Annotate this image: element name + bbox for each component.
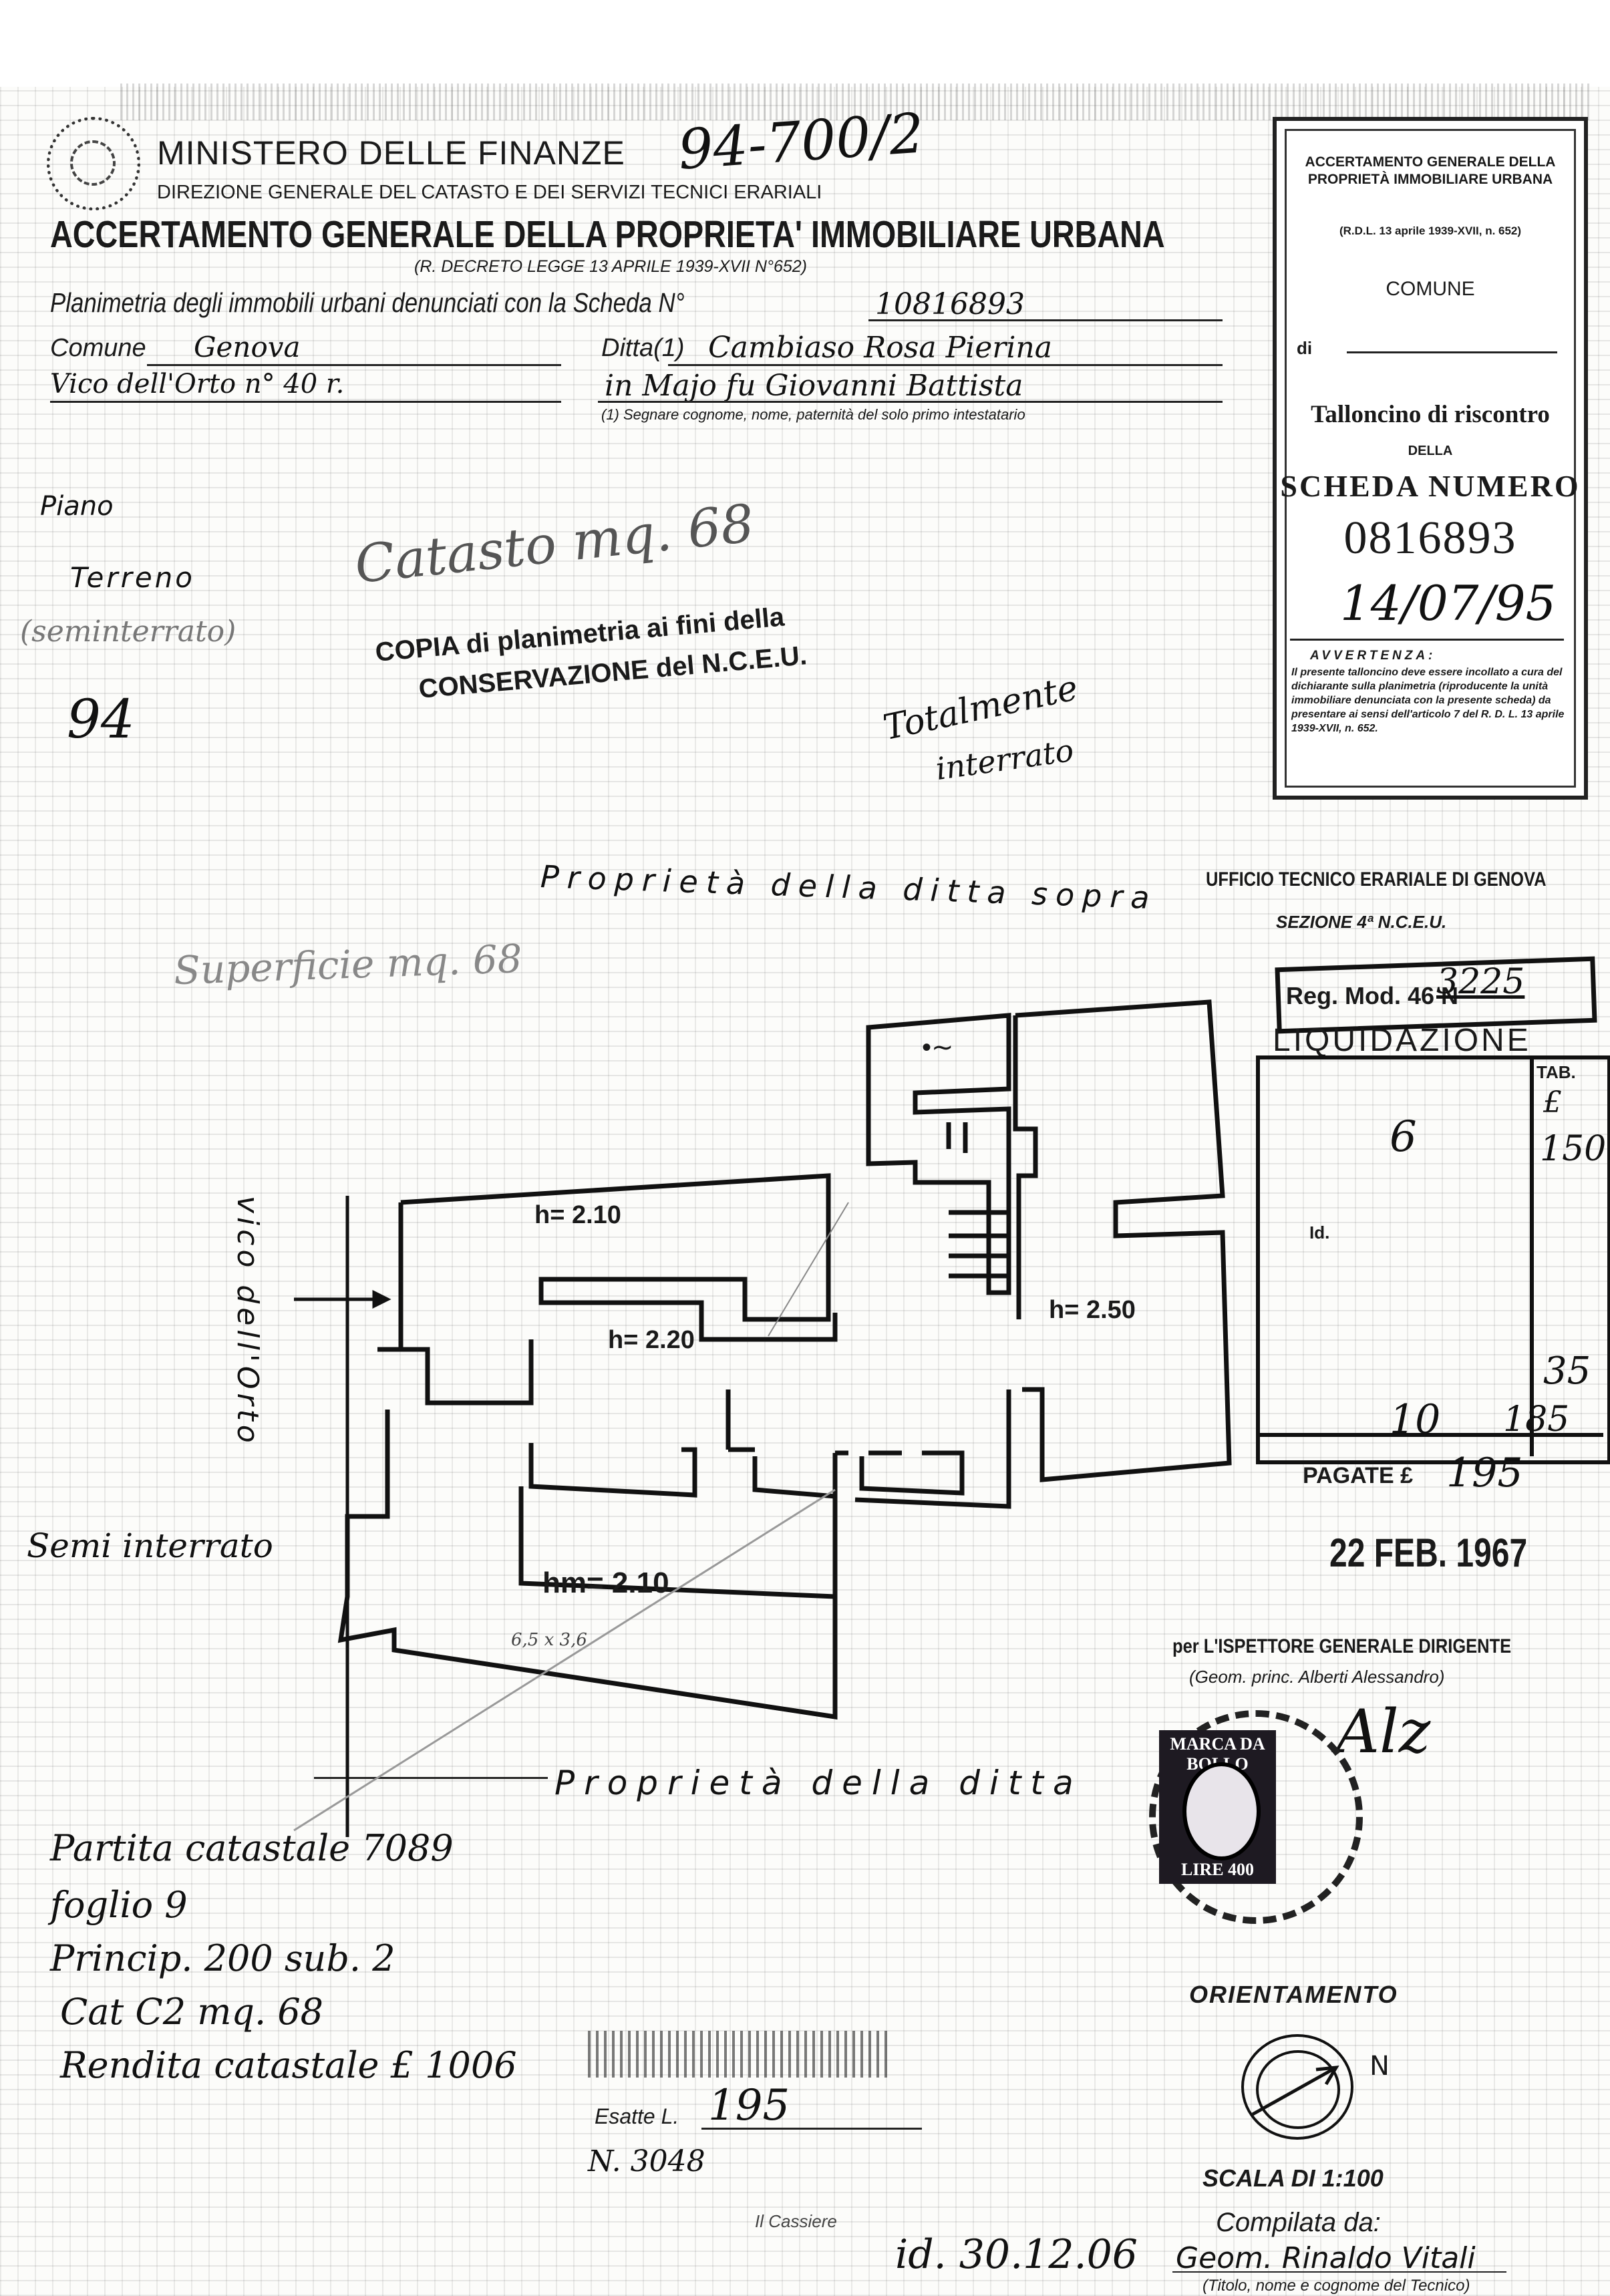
north-label: N <box>1370 2051 1390 2082</box>
north-arrow-icon <box>0 0 1610 2296</box>
scale-label: SCALA DI 1:100 <box>1202 2164 1384 2192</box>
compiler-name: Geom. Rinaldo Vitali <box>1176 2241 1476 2275</box>
compilata-label: Compilata da: <box>1216 2208 1381 2238</box>
compiler-underline <box>1172 2271 1506 2273</box>
compiler-caption: (Titolo, nome e cognome del Tecnico) <box>1202 2277 1470 2295</box>
